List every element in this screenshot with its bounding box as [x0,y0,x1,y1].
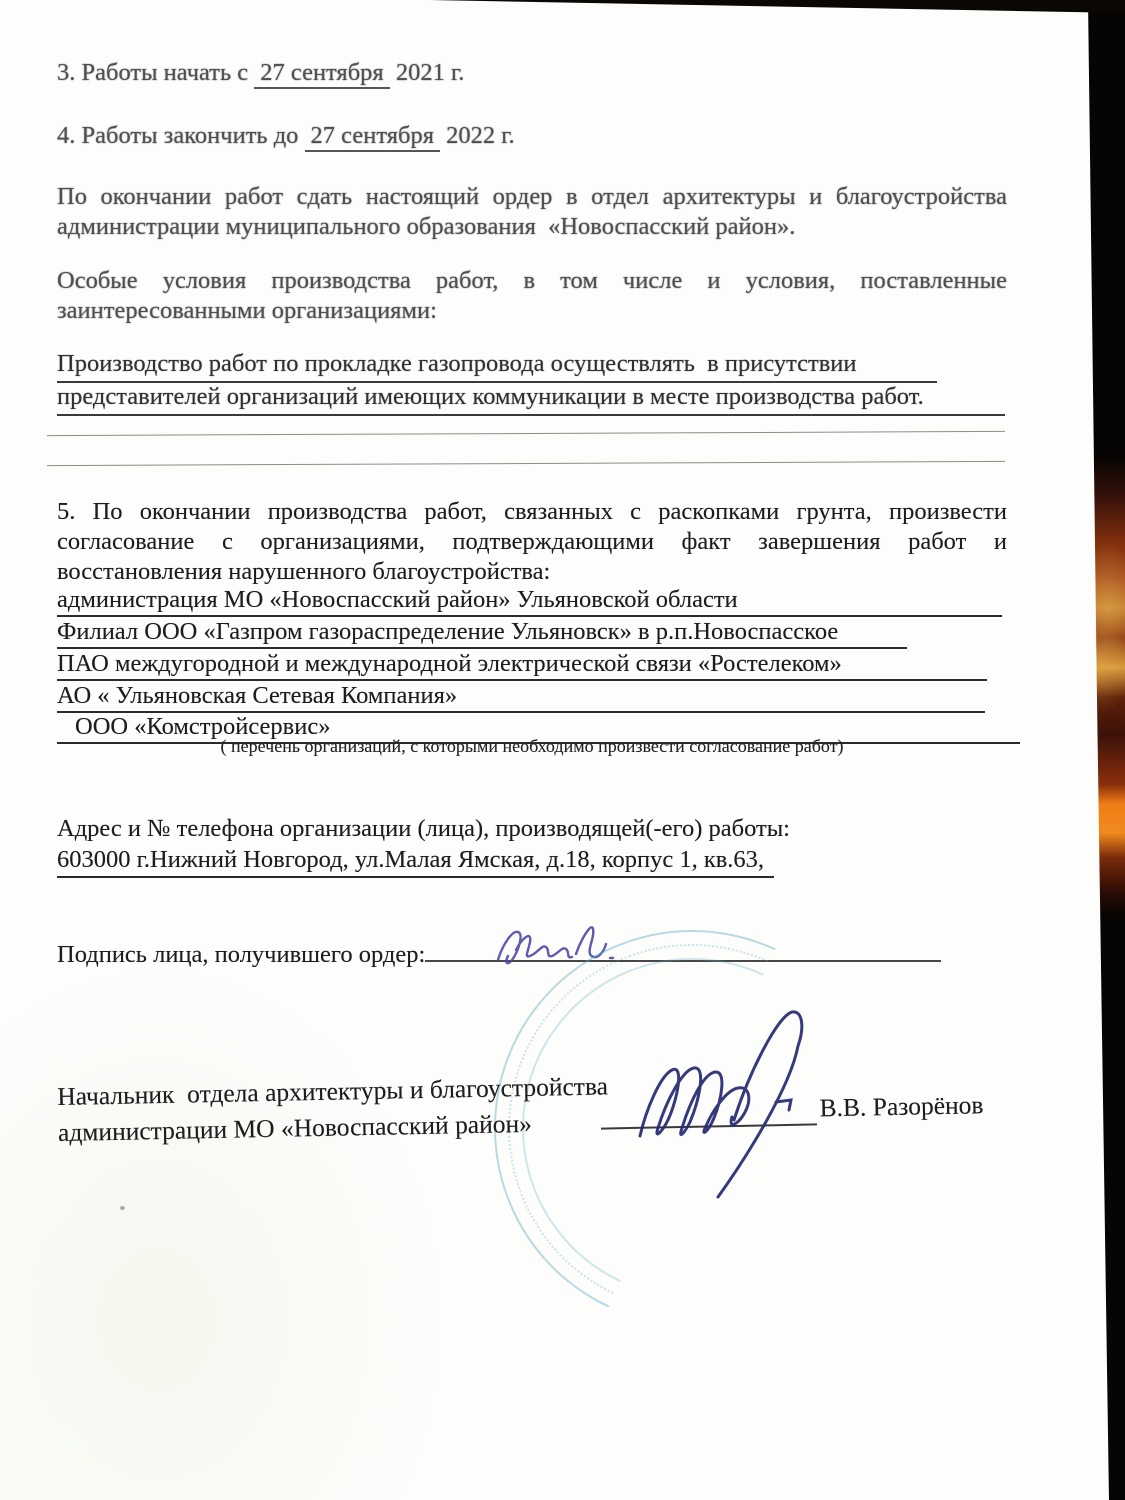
photo-background-top-sliver [430,0,1125,13]
work-finish-date-underlined: 27 сентября [305,122,440,152]
condition-text-line1: Производство работ по прокладке газопров… [57,349,937,383]
item5-paragraph: 5. По окончании производства работ, связ… [57,497,1007,587]
organization-row: Филиал ООО «Газпром газораспределение Ул… [57,617,907,649]
organization-row: АО « Ульяновская Сетевая Компания» [57,681,985,713]
special-conditions-heading: Особые условия производства работ, в том… [57,266,1007,326]
receiver-signature-label: Подпись лица, получившего ордер: [57,941,425,968]
organization-row: администрация МО «Новоспасский район» Ул… [57,585,1002,617]
item5-line2: согласование с организациями, подтвержда… [57,527,1007,557]
organizations-caption: ( перечень организаций, с которыми необх… [57,736,1007,757]
work-start-year: 2021 г. [390,59,465,86]
address-value-underlined: 603000 г.Нижний Новгород, ул.Малая Ямска… [57,845,774,878]
special-conditions-line1: Особые условия производства работ, в том… [57,266,1007,296]
work-finish-text: 4. Работы закончить до [57,122,305,149]
work-start-line: 3. Работы начать с 27 сентября 2021 г. [57,58,464,88]
paper-speck [120,1206,125,1210]
work-start-text: 3. Работы начать с [57,59,254,86]
work-finish-year: 2022 г. [440,122,515,149]
address-label: Адрес и № телефона организации (лица), п… [57,814,790,844]
empty-rule-line-1 [47,431,1005,436]
official-signature-handwriting [626,998,836,1203]
work-finish-line: 4. Работы закончить до 27 сентября 2022 … [57,121,515,151]
address-value-row: 603000 г.Нижний Новгород, ул.Малая Ямска… [57,845,774,878]
photo-background-edge [1080,0,1125,1500]
condition-text-line2: представителей организаций имеющих комму… [57,382,1005,416]
scanned-document-page: 3. Работы начать с 27 сентября 2021 г. 4… [0,0,1125,1500]
organization-row: ПАО междугородной и международной электр… [57,649,987,681]
return-order-line2: администрации муниципального образования… [57,212,1007,242]
return-order-paragraph: По окончании работ сдать настоящий ордер… [57,182,1007,242]
work-start-date-underlined: 27 сентября [254,59,389,89]
empty-rule-line-2 [47,461,1005,466]
special-conditions-line2: заинтересованными организациями: [57,296,1007,326]
return-order-line1: По окончании работ сдать настоящий ордер… [57,182,1007,212]
official-name: В.В. Разорёнов [819,1090,983,1123]
official-block: Начальник отдела архитектуры и благоустр… [57,1063,1059,1172]
item5-line3: восстановления нарушенного благоустройст… [57,557,1007,587]
item5-line1: 5. По окончании производства работ, связ… [57,497,1007,527]
